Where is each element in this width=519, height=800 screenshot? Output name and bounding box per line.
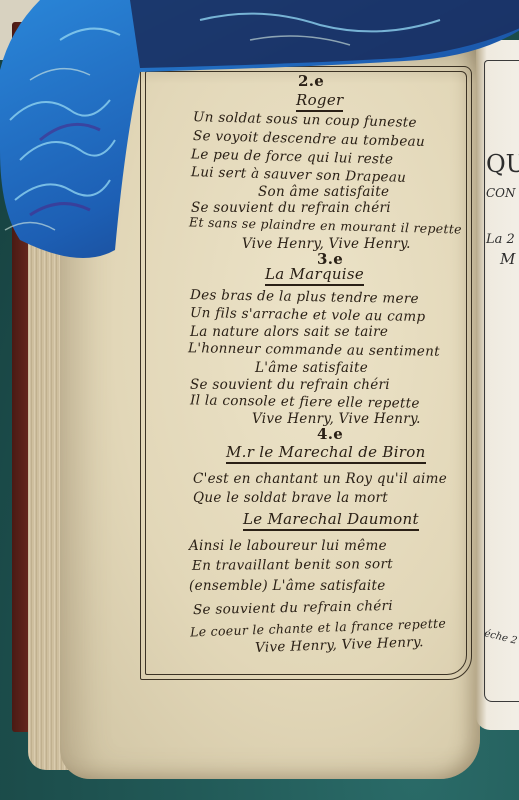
lyric-line: La nature alors sait se taire	[190, 324, 388, 340]
verse-number: 4.e	[317, 425, 343, 443]
speaker-title: La Marquise	[265, 265, 364, 286]
right-page-fragment: La 2	[486, 232, 515, 247]
lyric-line: Se souvient du refrain chéri	[191, 200, 391, 216]
speaker-title: M.r le Marechal de Biron	[226, 443, 426, 464]
right-page-fragment: CON	[486, 186, 516, 200]
lyric-line: Ainsi le laboureur lui même	[189, 538, 387, 554]
right-page-fragment: M	[500, 250, 515, 268]
lyric-line: Son âme satisfaite	[258, 184, 389, 200]
lyric-line: (ensemble) L'âme satisfaite	[189, 578, 386, 594]
lyric-line: Il la console et fiere elle repette	[190, 392, 420, 411]
right-page-fragment: QU	[486, 150, 519, 178]
speaker-title: Le Marechal Daumont	[243, 510, 419, 531]
speaker-title: Roger	[296, 91, 343, 112]
lyric-line: Se souvient du refrain chéri	[190, 377, 390, 393]
lyric-line: Que le soldat brave la mort	[193, 490, 388, 506]
verse-number: 2.e	[298, 72, 324, 90]
lyric-line: C'est en chantant un Roy qu'il aime	[193, 471, 447, 487]
lyric-line: L'âme satisfaite	[255, 360, 368, 376]
lyric-line: En travaillant benit son sort	[192, 556, 393, 574]
